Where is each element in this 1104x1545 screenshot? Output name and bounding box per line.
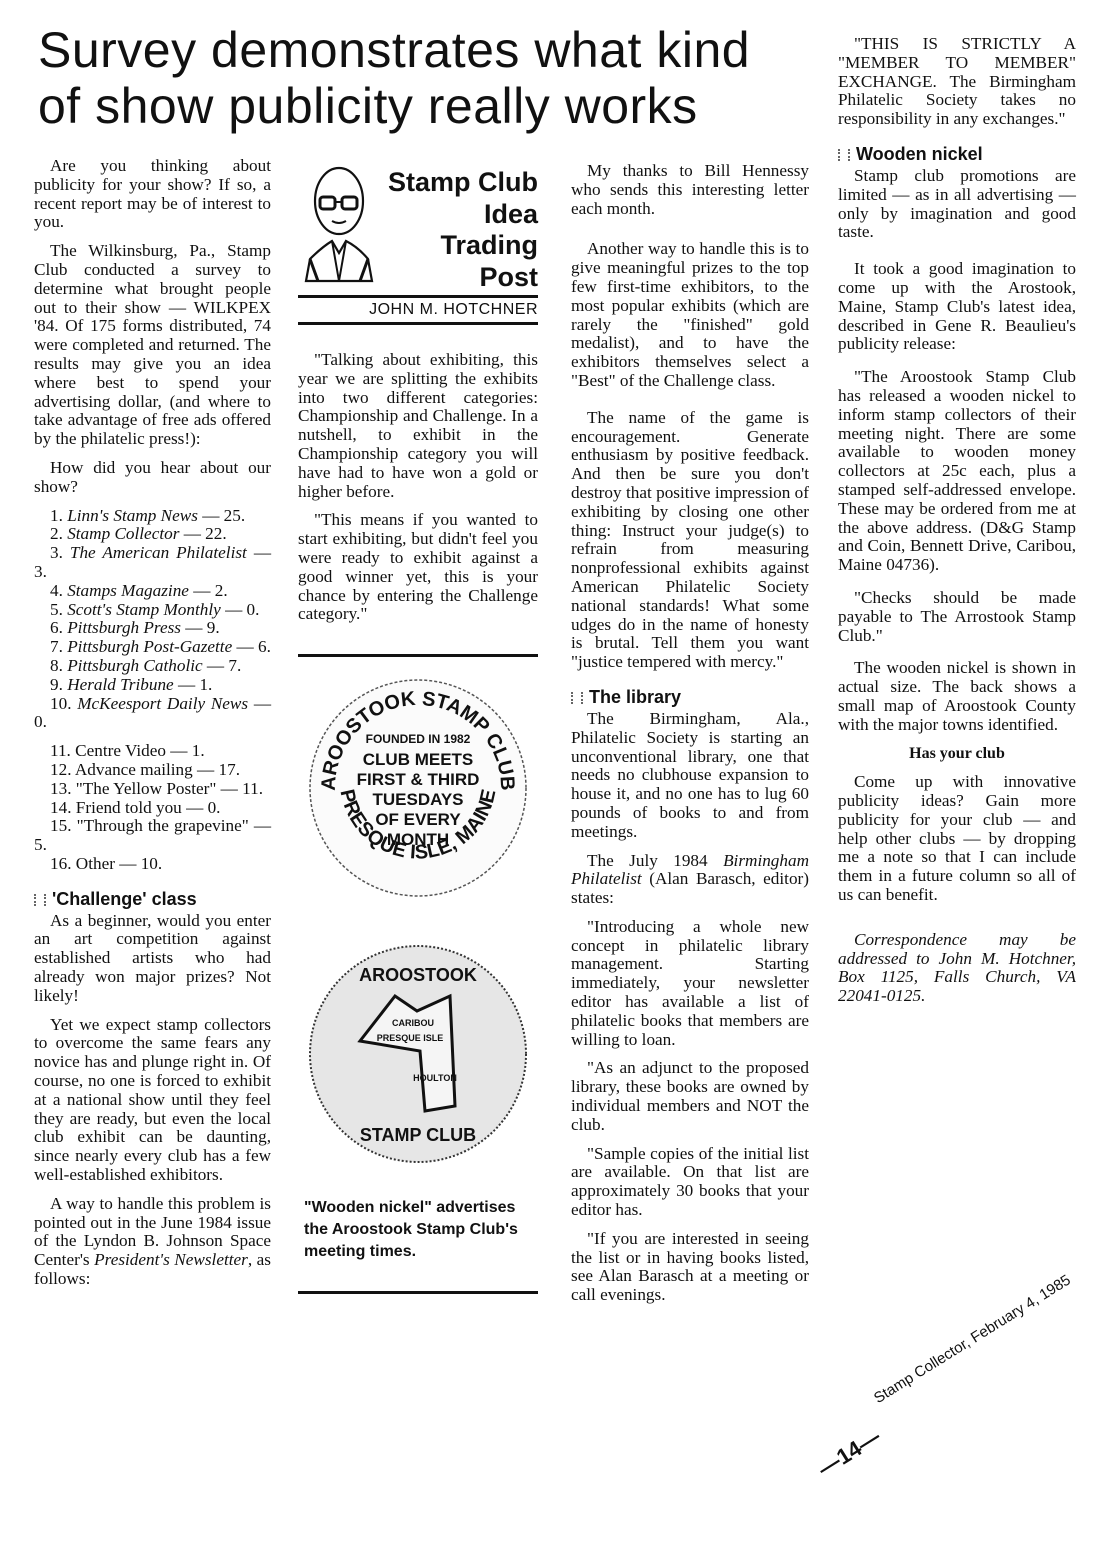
survey-source: Herald Tribune — [67, 675, 173, 694]
quote-paragraph: "Sample copies of the initial list are a… — [571, 1145, 809, 1220]
survey-count: 0 — [208, 798, 217, 817]
divider — [298, 322, 538, 325]
wooden-nickel-front-icon: AROOSTOOK STAMP CLUB PRESQUE ISLE, MAINE… — [305, 675, 531, 901]
survey-source: "The Yellow Poster" — [76, 779, 217, 798]
svg-text:TUESDAYS: TUESDAYS — [372, 790, 463, 809]
bullet-box-icon — [571, 692, 583, 704]
survey-source: Advance mailing — [75, 760, 193, 779]
survey-item: 3. The American Philatelist — 3. — [34, 544, 271, 582]
survey-source: Stamp Collector — [67, 524, 179, 543]
survey-source: McKeesport Daily News — [77, 694, 248, 713]
survey-count: 11 — [242, 779, 259, 798]
body-paragraph: The name of the game is encouragement. G… — [571, 409, 809, 672]
survey-question: How did you hear about our show? — [34, 459, 271, 497]
survey-item: 8. Pittsburgh Catholic — 7. — [34, 657, 271, 676]
challenge-paragraph: As a beginner, would you enter an art co… — [34, 912, 271, 1006]
survey-count: 2 — [215, 581, 224, 600]
survey-count: 7 — [228, 656, 237, 675]
svg-text:FIRST & THIRD: FIRST & THIRD — [357, 770, 480, 789]
disclaimer-paragraph: "THIS IS STRICTLY A "MEMBER TO MEMBER" E… — [838, 35, 1076, 129]
body-paragraph: Another way to handle this is to give me… — [571, 240, 809, 390]
quote-paragraph: "Talking about exhibiting, this year we … — [298, 351, 538, 501]
svg-text:HOULTON: HOULTON — [413, 1073, 457, 1083]
survey-item: 5. Scott's Stamp Monthly — 0. — [34, 601, 271, 620]
byline-block: JOHN M. HOTCHNER — [298, 295, 538, 325]
survey-item: 10. McKeesport Daily News — 0. — [34, 695, 271, 733]
column-survey: Are you thinking about publicity for you… — [34, 157, 271, 1299]
feature-title: Stamp Club Idea Trading Post — [388, 167, 538, 293]
survey-count: 17 — [219, 760, 236, 779]
quote-paragraph: "If you are interested in seeing the lis… — [571, 1230, 809, 1305]
quote-paragraph: "This means if you wanted to start exhib… — [298, 511, 538, 624]
survey-item: 11. Centre Video — 1. — [34, 742, 271, 761]
byline: JOHN M. HOTCHNER — [298, 298, 538, 322]
bullet-box-icon — [838, 149, 850, 161]
survey-item: 6. Pittsburgh Press — 9. — [34, 619, 271, 638]
headline: Survey demonstrates what kind of show pu… — [38, 22, 808, 134]
nickel-paragraph: It took a good imagination to come up wi… — [838, 260, 1076, 354]
july-paragraph: The July 1984 Birmingham Philatelist (Al… — [571, 852, 809, 908]
nickel-paragraph: Stamp club promotions are limited — as i… — [838, 167, 1076, 242]
survey-count: 10 — [141, 854, 158, 873]
intro-paragraph: The Wilkinsburg, Pa., Stamp Club conduct… — [34, 242, 271, 449]
survey-source: Friend told you — [76, 798, 182, 817]
survey-count: 0 — [34, 712, 43, 731]
club-heading: Has your club — [838, 745, 1076, 764]
headline-line-2: of show publicity really works — [38, 78, 698, 134]
survey-results-list: 1. Linn's Stamp News — 25.2. Stamp Colle… — [34, 507, 271, 874]
column-library: My thanks to Bill Hennessy who sends thi… — [571, 162, 809, 1315]
quote-paragraph: "As an adjunct to the proposed library, … — [571, 1059, 809, 1134]
survey-item: 7. Pittsburgh Post-Gazette — 6. — [34, 638, 271, 657]
survey-count: 1 — [192, 741, 201, 760]
survey-source: Centre Video — [75, 741, 166, 760]
survey-source: The American Philatelist — [70, 543, 247, 562]
survey-count: 6 — [258, 637, 267, 656]
challenge-heading: 'Challenge' class — [34, 888, 271, 910]
photo-caption: "Wooden nickel" advertises the Aroostook… — [304, 1197, 538, 1263]
survey-count: 9 — [207, 618, 216, 637]
svg-text:OF EVERY: OF EVERY — [375, 810, 461, 829]
column-trading-post: Stamp Club Idea Trading Post JOHN M. HOT… — [298, 157, 538, 1312]
publication-footer: Stamp Collector, February 4, 1985 — [871, 1272, 1074, 1407]
survey-item: 12. Advance mailing — 17. — [34, 761, 271, 780]
survey-source: Pittsburgh Press — [67, 618, 181, 637]
challenge-paragraph: Yet we expect stamp collectors to overco… — [34, 1016, 271, 1185]
quote-paragraph: "Introducing a whole new concept in phil… — [571, 918, 809, 1050]
svg-text:FOUNDED IN 1982: FOUNDED IN 1982 — [366, 732, 471, 746]
svg-text:CLUB MEETS: CLUB MEETS — [363, 750, 474, 769]
survey-item: 16. Other — 10. — [34, 855, 271, 874]
svg-text:CARIBOU: CARIBOU — [392, 1018, 434, 1028]
club-paragraph: Come up with innovative publicity ideas?… — [838, 773, 1076, 905]
svg-text:PRESQUE ISLE: PRESQUE ISLE — [377, 1033, 444, 1043]
survey-count: 1 — [199, 675, 208, 694]
survey-source: "Through the grapevine" — [77, 816, 249, 835]
nickel-paragraph: The wooden nickel is shown in actual siz… — [838, 659, 1076, 734]
body-paragraph: My thanks to Bill Hennessy who sends thi… — [571, 162, 809, 218]
feature-header: Stamp Club Idea Trading Post JOHN M. HOT… — [298, 157, 538, 323]
survey-source: Linn's Stamp News — [67, 506, 198, 525]
svg-text:AROOSTOOK: AROOSTOOK — [359, 965, 477, 985]
survey-item: 13. "The Yellow Poster" — 11. — [34, 780, 271, 799]
survey-count: 3 — [34, 562, 43, 581]
divider — [298, 654, 538, 657]
library-paragraph: The Birmingham, Ala., Philatelic Society… — [571, 710, 809, 842]
newsletter-title: President's Newsletter — [94, 1250, 248, 1269]
page-number: —14— — [813, 1424, 885, 1482]
bullet-box-icon — [34, 894, 46, 906]
column-wooden-nickel: "THIS IS STRICTLY A "MEMBER TO MEMBER" E… — [838, 35, 1076, 1016]
nickel-paragraph: "Checks should be made payable to The Ar… — [838, 589, 1076, 645]
survey-item: 15. "Through the grapevine" — 5. — [34, 817, 271, 855]
wooden-nickel-heading: Wooden nickel — [838, 143, 1076, 165]
survey-count: 0 — [247, 600, 256, 619]
survey-item: 4. Stamps Magazine — 2. — [34, 582, 271, 601]
survey-item: 2. Stamp Collector — 22. — [34, 525, 271, 544]
survey-item: 14. Friend told you — 0. — [34, 799, 271, 818]
wooden-nickel-back-map-icon: AROOSTOOK CARIBOU PRESQUE ISLE HOULTON S… — [305, 941, 531, 1167]
survey-source: Other — [76, 854, 115, 873]
headline-line-1: Survey demonstrates what kind — [38, 22, 750, 78]
nickel-paragraph: "The Aroostook Stamp Club has released a… — [838, 368, 1076, 575]
correspondence-note: Correspondence may be addressed to John … — [838, 931, 1076, 1006]
survey-source: Pittsburgh Catholic — [67, 656, 202, 675]
survey-source: Stamps Magazine — [67, 581, 189, 600]
survey-item: 9. Herald Tribune — 1. — [34, 676, 271, 695]
intro-paragraph: Are you thinking about publicity for you… — [34, 157, 271, 232]
svg-text:STAMP CLUB: STAMP CLUB — [360, 1125, 476, 1145]
survey-count: 22 — [205, 524, 222, 543]
author-portrait-icon — [302, 161, 376, 289]
library-heading: The library — [571, 686, 809, 708]
svg-text:MONTH: MONTH — [387, 830, 449, 849]
survey-count: 5 — [34, 835, 43, 854]
survey-source: Scott's Stamp Monthly — [67, 600, 221, 619]
divider — [298, 1291, 538, 1294]
survey-source: Pittsburgh Post-Gazette — [67, 637, 232, 656]
survey-count: 25 — [224, 506, 241, 525]
survey-item: 1. Linn's Stamp News — 25. — [34, 507, 271, 526]
handle-paragraph: A way to handle this problem is pointed … — [34, 1195, 271, 1289]
